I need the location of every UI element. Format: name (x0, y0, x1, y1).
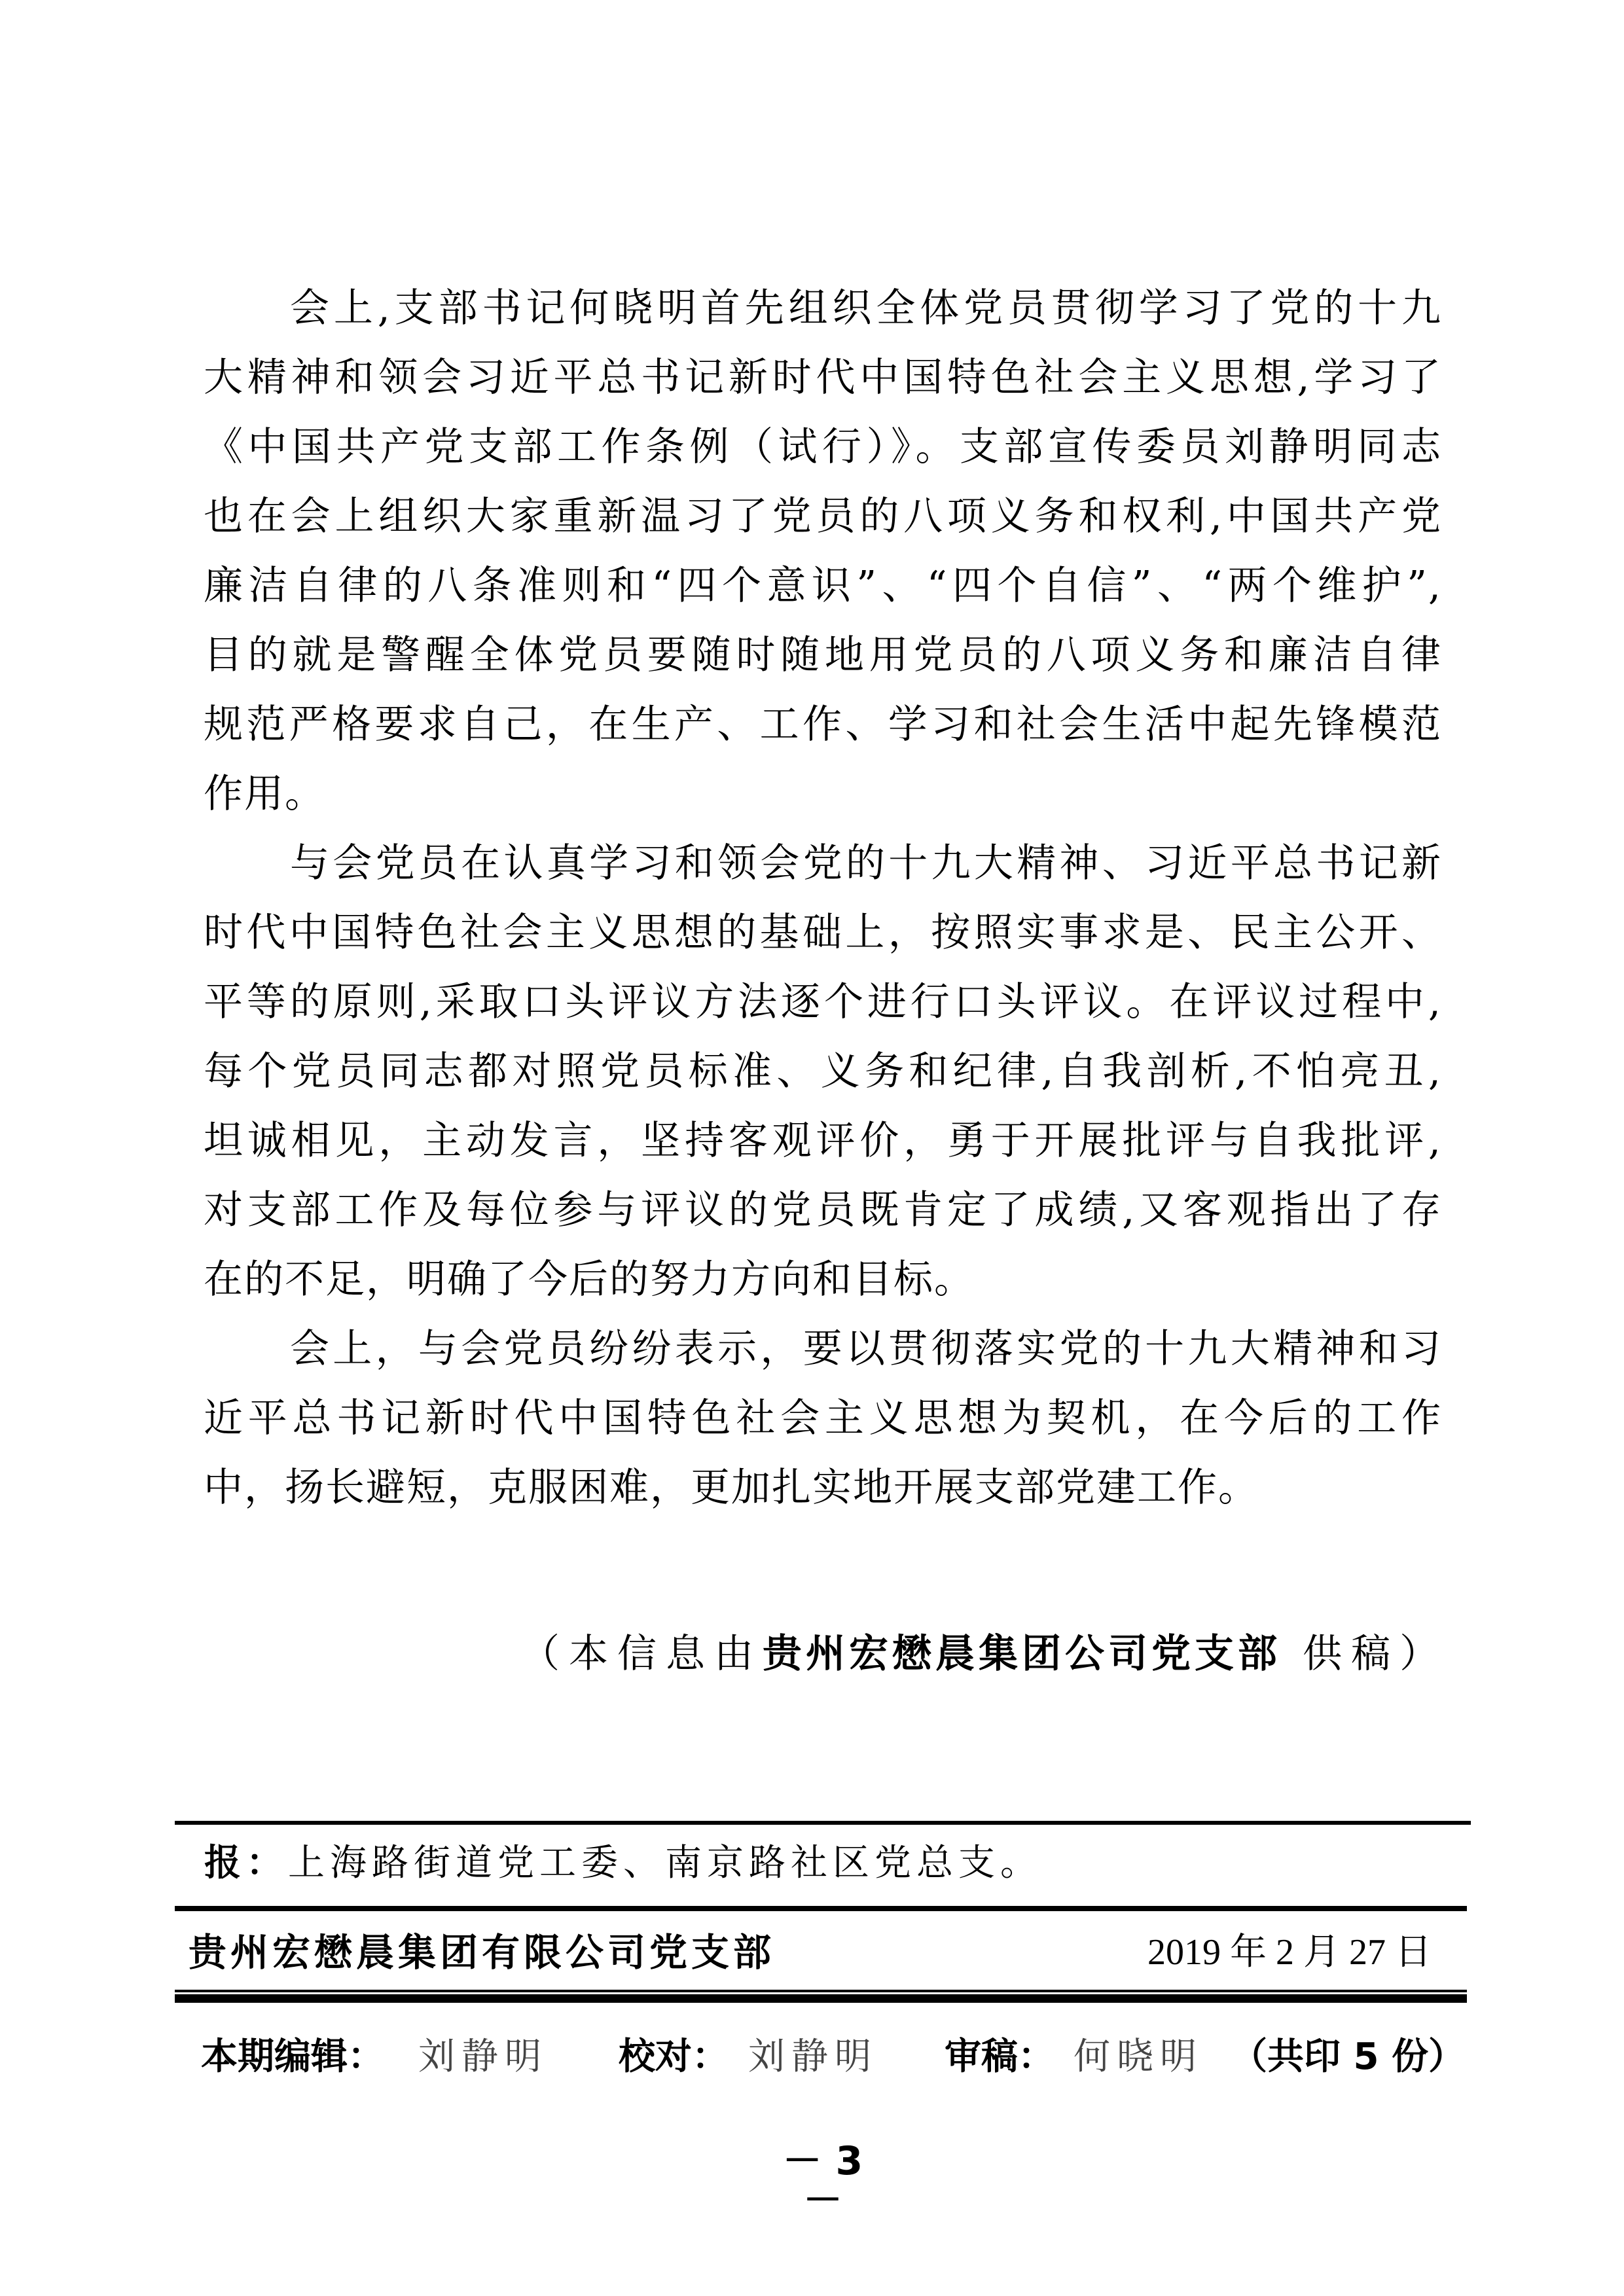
body-line: 廉洁自律的八条准则和“四个意识”、“四个自信”、“两个维护”, (204, 551, 1442, 620)
body-line: 作用。 (204, 759, 1442, 829)
footer-top-rule (175, 1821, 1471, 1825)
body-line: 中，扬长避短，克服困难，更加扎实地开展支部党建工作。 (204, 1453, 1442, 1522)
attribution-suffix: 供稿） (1281, 1631, 1448, 1677)
report-label: 报： (204, 1842, 288, 1884)
body-line: 会上，与会党员纷纷表示，要以贯彻落实党的十九大精神和习 (290, 1314, 1442, 1384)
proofreader-label: 校对： (619, 2034, 729, 2080)
report-to-row: 报：上海路街道党工委、南京路社区党总支。 (204, 1842, 1042, 1884)
print-copies: （共印 5 份） (1231, 2034, 1465, 2080)
body-line: 《中国共产党支部工作条例（试行）》。支部宣传委员刘静明同志 (204, 412, 1442, 482)
body-line: 平等的原则,采取口头评议方法逐个进行口头评议。在评议过程中, (204, 967, 1442, 1037)
footer-double-rule-thick (175, 1994, 1467, 2003)
body-line: 也在会上组织大家重新温习了党员的八项义务和权利,中国共产党 (204, 482, 1442, 551)
attribution-prefix: （本信息由 (520, 1631, 763, 1677)
editorial-credits-row: 本期编辑： 刘静明 校对： 刘静明 审稿： 何晓明 （共印 5 份） (0, 2034, 1624, 2080)
footer-double-rule-thin (175, 1990, 1467, 1992)
attribution-org: 贵州宏懋晨集团公司党支部 (763, 1631, 1281, 1677)
body-line: 时代中国特色社会主义思想的基础上，按照实事求是、民主公开、 (204, 898, 1442, 967)
body-line: 大精神和领会习近平总书记新时代中国特色社会主义思想,学习了 (204, 343, 1442, 412)
proofreader-name: 刘静明 (748, 2034, 878, 2080)
body-line: 坦诚相见，主动发言，坚持客观评价，勇于开展批评与自我批评, (204, 1106, 1442, 1175)
body-line: 在的不足，明确了今后的努力方向和目标。 (204, 1245, 1442, 1314)
body-line: 对支部工作及每位参与评议的党员既肯定了成绩,又客观指出了存 (204, 1175, 1442, 1245)
report-recipients: 上海路街道党工委、南京路社区党总支。 (288, 1842, 1042, 1884)
body-line: 目的就是警醒全体党员要随时随地用党员的八项义务和廉洁自律 (204, 620, 1442, 690)
issue-date: 2019 年 2 月 27 日 (1147, 1929, 1432, 1976)
footer-middle-rule (175, 1906, 1467, 1911)
editor-label: 本期编辑： (201, 2034, 384, 2080)
issuer-name: 贵州宏懋晨集团有限公司党支部 (189, 1929, 775, 1976)
body-line: 规范严格要求自己，在生产、工作、学习和社会生活中起先锋模范 (204, 690, 1442, 759)
reviewer-label: 审稿： (945, 2034, 1055, 2080)
body-line: 近平总书记新时代中国特色社会主义思想为契机，在今后的工作 (204, 1384, 1442, 1453)
body-line: 会上,支部书记何晓明首先组织全体党员贯彻学习了党的十九 (290, 274, 1442, 343)
editor-name: 刘静明 (418, 2034, 548, 2080)
source-attribution: （本信息由贵州宏懋晨集团公司党支部 供稿） (520, 1628, 1448, 1680)
body-line: 每个党员同志都对照党员标准、义务和纪律,自我剖析,不怕亮丑, (204, 1037, 1442, 1106)
reviewer-name: 何晓明 (1074, 2034, 1203, 2080)
body-line: 与会党员在认真学习和领会党的十九大精神、习近平总书记新 (290, 829, 1442, 898)
page-number: － 3 － (757, 2142, 888, 2181)
